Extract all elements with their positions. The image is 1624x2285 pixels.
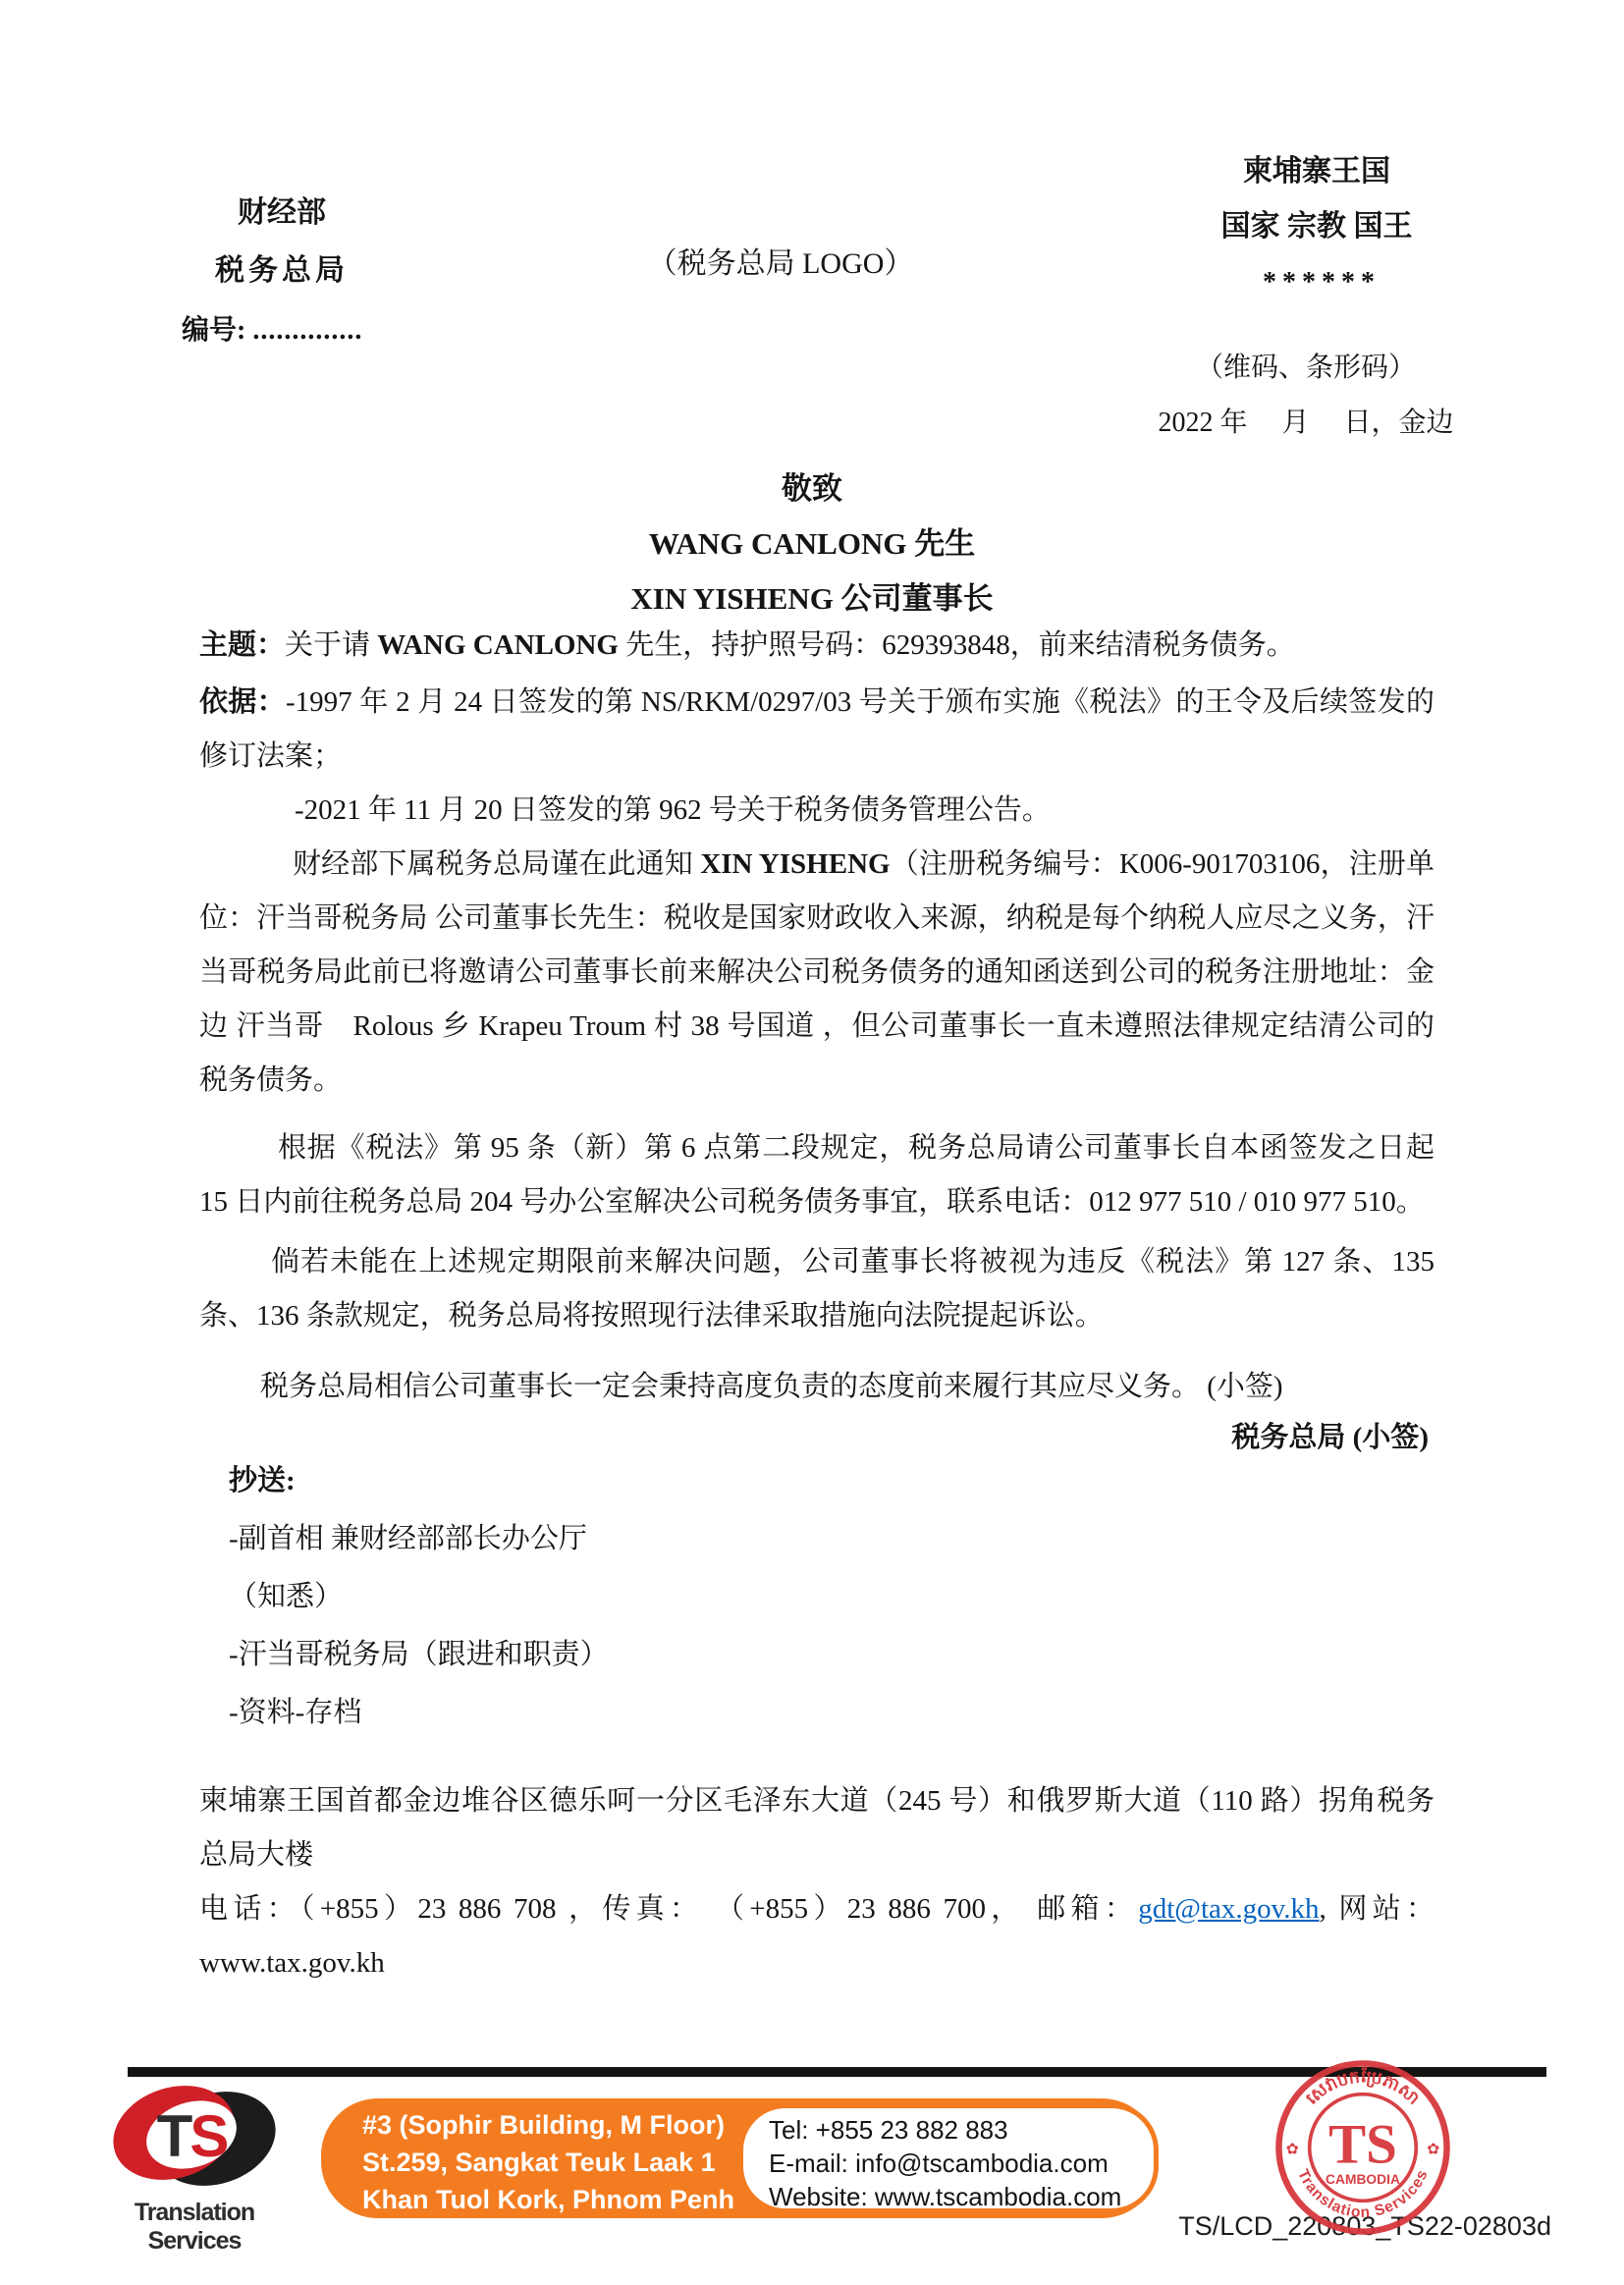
warning-paragraph: 倘若未能在上述规定期限前来解决问题，公司董事长将被视为违反《税法》第 127 条…: [199, 1235, 1435, 1343]
office-contact-line: 电话：（+855）23 886 708 ，传真： （+855）23 886 70…: [199, 1882, 1435, 1990]
subject-person-name: WANG CANLONG: [377, 629, 619, 661]
footer-tel-line: Tel: +855 23 882 883: [769, 2113, 1154, 2147]
legal-basis-item-1: 依据：-1997 年 2 月 24 日签发的第 NS/RKM/0297/03 号…: [199, 676, 1435, 784]
ts-logo-letter-t: T: [157, 2103, 192, 2169]
document-page: 财经部 税务总局 编号: .............. （税务总局 LOGO） …: [0, 0, 1624, 2285]
date-place-line: 2022 年 月 日，金边: [1158, 401, 1453, 440]
signature-line: 税务总局 (小签): [199, 1414, 1435, 1461]
ts-cambodia-stamp: សេវាបកប្រែភាសា Translation Services ✿ ✿ …: [1272, 2057, 1453, 2238]
salutation: 敬致: [782, 463, 842, 508]
ts-cambodia-stamp-graphic: សេវាបកប្រែភាសា Translation Services ✿ ✿ …: [1272, 2057, 1453, 2238]
closing-paragraph: 税务总局相信公司董事长一定会秉持高度负责的态度前来履行其应尽义务。 (小签): [199, 1360, 1435, 1414]
svg-text:TS: TS: [157, 2103, 228, 2169]
footer-email-line: E-mail: info@tscambodia.com: [769, 2147, 1154, 2180]
cc-item-khan-tax-branch: -汗当哥税务局（跟进和职责）: [229, 1631, 1435, 1678]
gdt-website: www.tax.gov.kh: [199, 1947, 385, 1979]
ministry-title: 财经部: [238, 188, 326, 231]
stamp-flower-icon: ✿: [1286, 2141, 1299, 2157]
recipient-name: WANG CANLONG 先生: [649, 518, 975, 563]
legal-basis-item-2: -2021 年 11 月 20 日签发的第 962 号关于税务债务管理公告。: [199, 784, 1435, 838]
subject-label: 主题：: [199, 629, 285, 661]
ts-logo-graphic: TS: [101, 2080, 288, 2196]
letter-body: 主题：关于请 WANG CANLONG 先生，持护照号码：629393848，前…: [199, 619, 1435, 1990]
gdt-email-link[interactable]: gdt@tax.gov.kh: [1138, 1893, 1319, 1925]
stars-separator: ******: [1263, 267, 1380, 299]
ts-logo-letter-s: S: [189, 2103, 227, 2169]
reference-label: 编号:: [182, 315, 245, 346]
cc-item-archive: -资料-存档: [229, 1689, 1435, 1736]
company-name: XIN YISHENG: [700, 848, 890, 880]
barcode-placeholder: （维码、条形码）: [1196, 346, 1416, 385]
cc-label: 抄送:: [229, 1457, 1435, 1504]
cc-item-deputy-pm: -副首相 兼财经部部长办公厅: [229, 1515, 1435, 1562]
ts-logo: TS Translation Services: [101, 2080, 288, 2256]
reference-dotted-line: ..............: [252, 315, 362, 346]
reference-number-line: 编号: ..............: [182, 308, 362, 348]
stamp-country-label: CAMBODIA: [1326, 2172, 1400, 2187]
gdt-logo-placeholder: （税务总局 LOGO）: [648, 239, 914, 282]
subject-line: 主题：关于请 WANG CANLONG 先生，持护照号码：629393848，前…: [199, 619, 1435, 673]
stamp-flower-icon: ✿: [1427, 2141, 1439, 2157]
kingdom-title: 柬埔寨王国: [1243, 146, 1390, 190]
nation-religion-king-motto: 国家 宗教 国王: [1221, 201, 1413, 245]
notification-paragraph: 财经部下属税务总局谨在此通知 XIN YISHENG（注册税务编号：K006-9…: [199, 838, 1435, 1108]
recipient-title: XIN YISHENG 公司董事长: [630, 573, 993, 618]
footer-contact-pill: Tel: +855 23 882 883 E-mail: info@tscamb…: [738, 2103, 1159, 2213]
office-address: 柬埔寨王国首都金边堆谷区德乐呵一分区毛泽东大道（245 号）和俄罗斯大道（110…: [199, 1774, 1435, 1882]
deadline-paragraph: 根据《税法》第 95 条（新）第 6 点第二段规定，税务总局请公司董事长自本函签…: [199, 1121, 1435, 1229]
cc-item-for-information: （知悉）: [229, 1573, 1435, 1620]
stamp-ts-monogram: TS: [1328, 2114, 1397, 2176]
basis-label: 依据：: [199, 686, 286, 718]
department-title: 税务总局: [215, 245, 349, 289]
footer-website-line: Website: www.tscambodia.com: [769, 2180, 1154, 2213]
ts-logo-caption: Translation Services: [101, 2199, 288, 2256]
